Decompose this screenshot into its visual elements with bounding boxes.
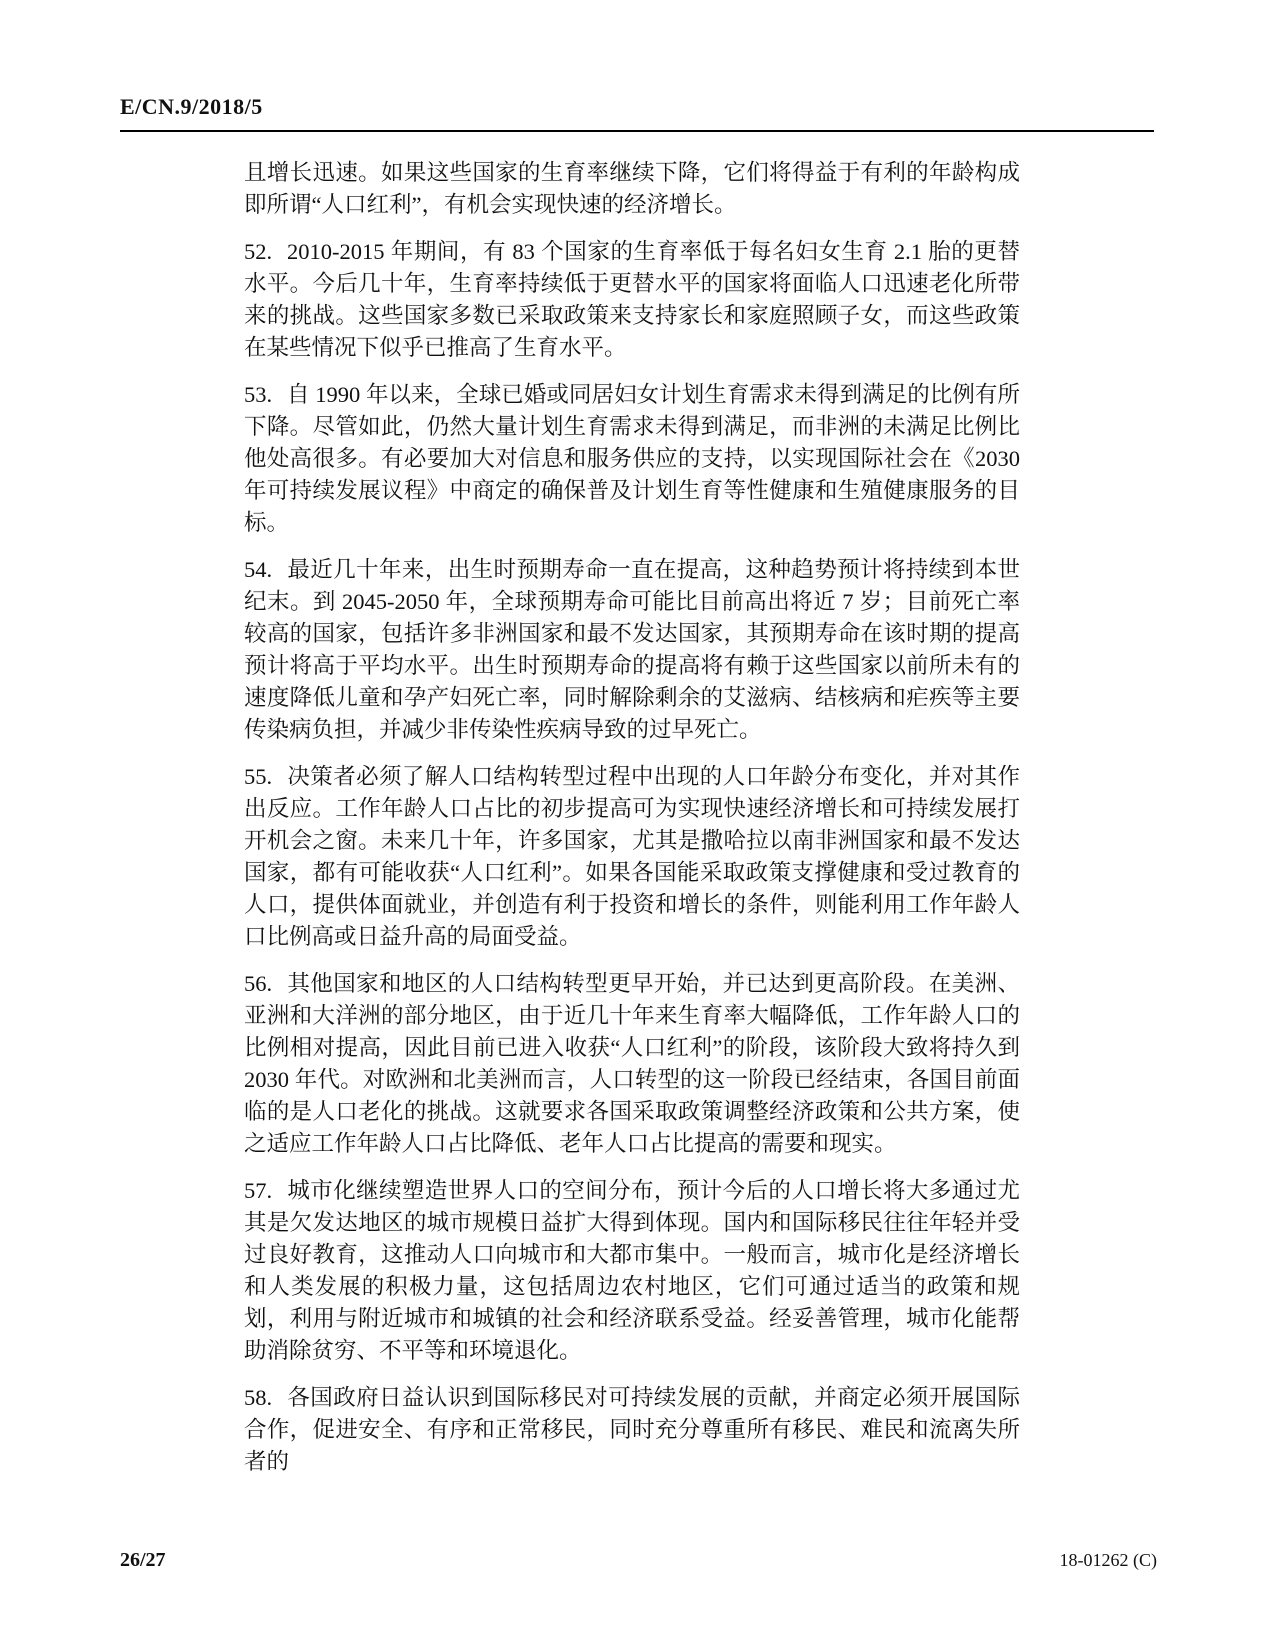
paragraph-text: 其他国家和地区的人口结构转型更早开始，并已达到更高阶段。在美洲、亚洲和大洋洲的部…: [244, 971, 1020, 1156]
paragraph-number: 55.: [244, 761, 287, 793]
job-number: 18-01262 (C): [1060, 1550, 1158, 1571]
paragraph-text: 且增长迅速。如果这些国家的生育率继续下降，它们将得益于有利的年龄构成即所谓“人口…: [244, 160, 1020, 217]
paragraph-text: 城市化继续塑造世界人口的空间分布，预计今后的人口增长将大多通过尤其是欠发达地区的…: [244, 1178, 1020, 1363]
paragraph-number: 56.: [244, 968, 287, 1000]
paragraph-53: 53.自 1990 年以来，全球已婚或同居妇女计划生育需求未得到满足的比例有所下…: [244, 379, 1020, 539]
page-number: 26/27: [120, 1549, 166, 1572]
paragraph-52: 52.2010-2015 年期间，有 83 个国家的生育率低于每名妇女生育 2.…: [244, 236, 1020, 364]
document-page: E/CN.9/2018/5 且增长迅速。如果这些国家的生育率继续下降，它们将得益…: [0, 0, 1275, 1650]
paragraph-54: 54.最近几十年来，出生时预期寿命一直在提高，这种趋势预计将持续到本世纪末。到 …: [244, 554, 1020, 746]
paragraph-55: 55.决策者必须了解人口结构转型过程中出现的人口年龄分布变化，并对其作出反应。工…: [244, 761, 1020, 953]
paragraph-number: 58.: [244, 1382, 287, 1414]
paragraph-text: 自 1990 年以来，全球已婚或同居妇女计划生育需求未得到满足的比例有所下降。尽…: [244, 382, 1020, 535]
paragraph-continuation: 且增长迅速。如果这些国家的生育率继续下降，它们将得益于有利的年龄构成即所谓“人口…: [244, 157, 1020, 221]
paragraph-text: 各国政府日益认识到国际移民对可持续发展的贡献，并商定必须开展国际合作，促进安全、…: [244, 1385, 1020, 1474]
document-body: 且增长迅速。如果这些国家的生育率继续下降，它们将得益于有利的年龄构成即所谓“人口…: [244, 157, 1020, 1493]
document-symbol: E/CN.9/2018/5: [120, 94, 263, 120]
paragraph-57: 57.城市化继续塑造世界人口的空间分布，预计今后的人口增长将大多通过尤其是欠发达…: [244, 1175, 1020, 1367]
paragraph-number: 52.: [244, 236, 287, 268]
paragraph-58: 58.各国政府日益认识到国际移民对可持续发展的贡献，并商定必须开展国际合作，促进…: [244, 1382, 1020, 1478]
paragraph-number: 54.: [244, 554, 287, 586]
header-rule: [120, 130, 1154, 132]
paragraph-text: 2010-2015 年期间，有 83 个国家的生育率低于每名妇女生育 2.1 胎…: [244, 239, 1020, 360]
paragraph-number: 53.: [244, 379, 287, 411]
paragraph-text: 最近几十年来，出生时预期寿命一直在提高，这种趋势预计将持续到本世纪末。到 204…: [244, 557, 1020, 742]
paragraph-number: 57.: [244, 1175, 287, 1207]
paragraph-56: 56.其他国家和地区的人口结构转型更早开始，并已达到更高阶段。在美洲、亚洲和大洋…: [244, 968, 1020, 1160]
paragraph-text: 决策者必须了解人口结构转型过程中出现的人口年龄分布变化，并对其作出反应。工作年龄…: [244, 764, 1020, 949]
